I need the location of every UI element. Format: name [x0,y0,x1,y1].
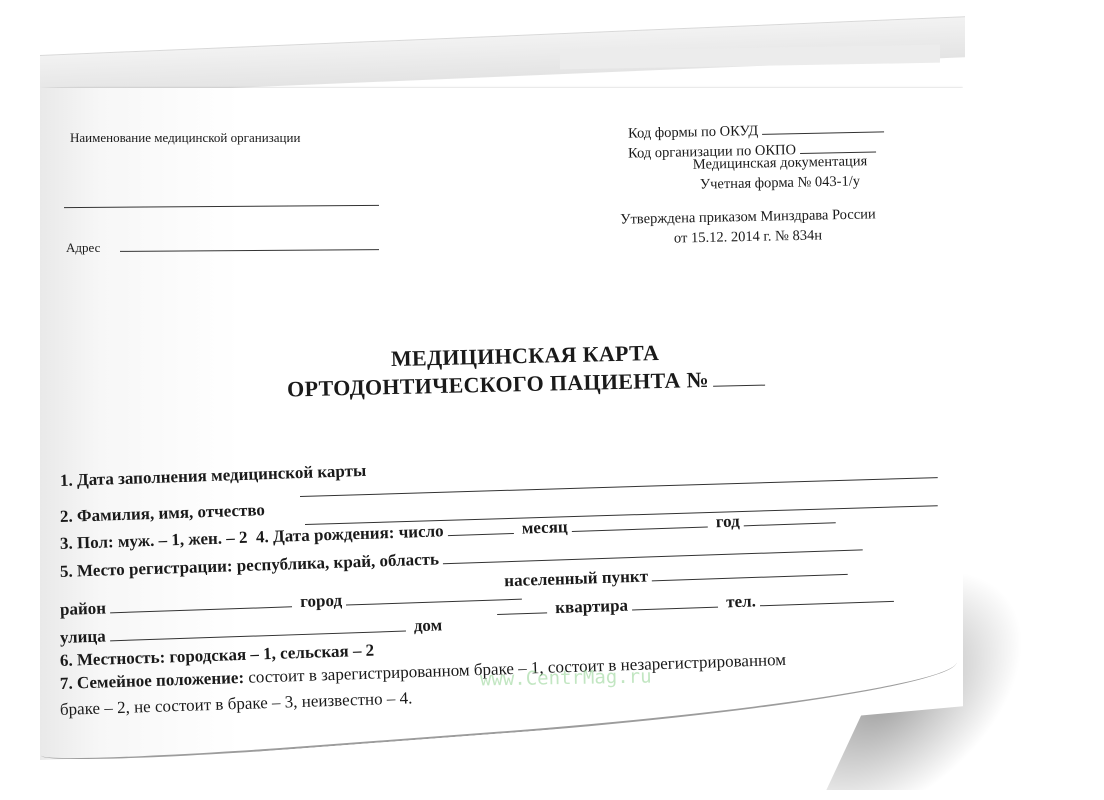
watermark: www.CentrMag.ru [480,666,652,691]
org-name-label: Наименование медицинской организации [70,130,300,146]
address-label: Адрес [66,240,100,256]
birth-month-field[interactable] [571,513,707,533]
city-label: город [300,591,342,611]
apartment-field[interactable] [632,593,718,611]
birth-year-field[interactable] [743,508,835,526]
birth-day-field[interactable] [447,519,513,536]
birth-month-label: месяц [521,517,567,538]
district-label: район [60,598,107,619]
street-label: улица [60,626,106,647]
house-label: дом [413,615,442,635]
house-field[interactable] [497,598,547,615]
okud-label: Код формы по ОКУД [628,123,758,142]
birth-year-label: год [715,511,740,531]
phone-label: тел. [726,591,756,611]
phone-field[interactable] [760,587,894,606]
card-number-field[interactable] [713,367,765,387]
okud-field[interactable] [762,117,884,135]
apartment-label: квартира [555,596,628,617]
